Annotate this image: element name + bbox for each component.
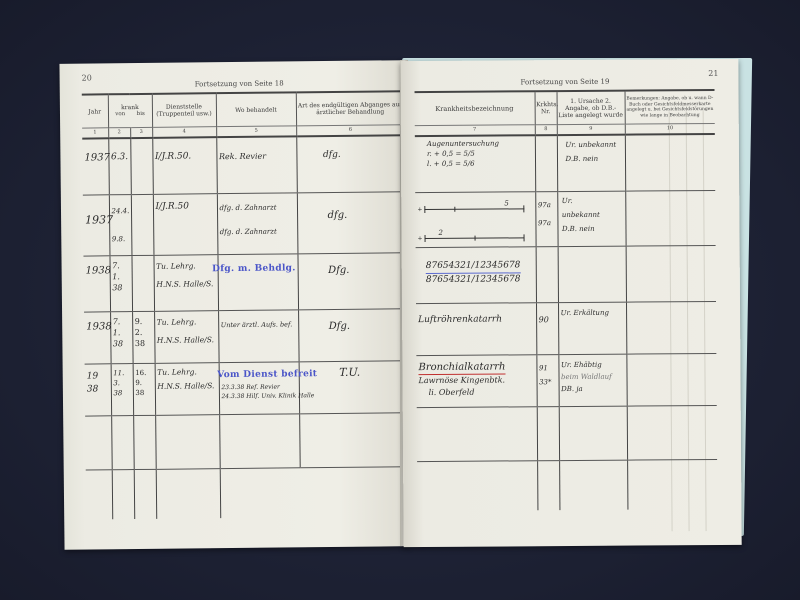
table-row bbox=[85, 412, 408, 469]
continuation-note-right: Fortsetzung von Seite 19 bbox=[520, 78, 609, 87]
cell-treated: Unter ärztl. Aufs. bef. bbox=[218, 309, 299, 362]
cell-code bbox=[535, 135, 557, 191]
cell-year: 1937 bbox=[82, 138, 109, 194]
page-number-left: 20 bbox=[82, 73, 92, 82]
cell-code bbox=[537, 406, 559, 460]
cell-to: 16.9.38 bbox=[133, 363, 156, 415]
cell-year: 1938 bbox=[84, 311, 111, 363]
cell-cause: Ur. Erkältung bbox=[558, 302, 626, 354]
col-index: 3 bbox=[130, 127, 152, 138]
cell-discharge: T.U. bbox=[299, 360, 408, 413]
cell-diagnosis: BronchialkatarrhLawrnöse Kingenbtk.li. O… bbox=[416, 354, 536, 407]
cell-year: 1938 bbox=[85, 363, 112, 415]
cell-remarks bbox=[626, 245, 716, 302]
table-row: 87654321/1234567887654321/12345678 bbox=[416, 245, 716, 303]
cell-cause bbox=[558, 246, 626, 302]
cell-unit: Tu. Lehrg.H.N.S. Halle/S. bbox=[155, 362, 220, 415]
cell-unit: Tu. Lehrg.H.N.S. Halle/S. bbox=[153, 254, 218, 311]
right-page: Fortsetzung von Seite 19 21 Krankheitsbe… bbox=[400, 59, 741, 547]
cell-discharge: Dfg. bbox=[297, 252, 406, 309]
header-year: Jahr bbox=[82, 94, 108, 128]
table-row: 1937 6.3. I/J.R.50. Rek. Revier dfg. bbox=[82, 135, 405, 194]
header-remarks: Bemerkungen: Angabe, ob u. wann D-Buch o… bbox=[625, 90, 715, 124]
cell-diagnosis: +5 +2 bbox=[415, 191, 535, 247]
cell-code: 90 bbox=[536, 302, 558, 354]
table-row: BronchialkatarrhLawrnöse Kingenbtk.li. O… bbox=[416, 353, 716, 407]
cell-unit bbox=[155, 414, 220, 469]
header-from: von bbox=[115, 111, 125, 118]
cell-remarks bbox=[626, 353, 716, 406]
cell-from: 6.3. bbox=[108, 138, 131, 194]
cell-from: 7.1.38 bbox=[109, 255, 132, 311]
header-unit: Dienststelle (Truppenteil usw.) bbox=[152, 93, 216, 127]
table-row: 1937 24.4.9.8. I/J.R.50 dfg. d. Zahnarzt… bbox=[83, 191, 406, 255]
cell-unit: I/J.R.50 bbox=[153, 193, 218, 255]
col-index: 1 bbox=[82, 128, 108, 139]
left-record-table: Jahr krank vonbis Dienststelle (Truppent… bbox=[82, 90, 408, 519]
cell-diagnosis: Luftröhrenkatarrh bbox=[416, 302, 536, 355]
header-discharge: Art des endgültigen Abganges aus ärztlic… bbox=[296, 91, 404, 126]
left-page: 20 Fortsetzung von Seite 18 Jahr krank v… bbox=[59, 60, 408, 550]
cell-treated bbox=[219, 413, 300, 468]
cell-to bbox=[130, 138, 153, 194]
cell-discharge: Dfg. bbox=[298, 308, 407, 361]
col-index: 8 bbox=[535, 125, 557, 136]
cell-remarks bbox=[625, 134, 715, 191]
cell-from: 11.3.38 bbox=[111, 363, 134, 415]
cell-year: 1938 bbox=[83, 255, 110, 311]
header-treated-where: Wo behandelt bbox=[216, 92, 296, 126]
cell-year: 1937 bbox=[83, 194, 110, 255]
cell-treated: Dfg. m. Behdlg. bbox=[217, 253, 298, 310]
cell-from: 7.1.38 bbox=[110, 311, 133, 363]
cell-year bbox=[85, 415, 112, 469]
table-row bbox=[417, 459, 717, 511]
cell-from: 24.4.9.8. bbox=[109, 194, 132, 255]
cell-cause bbox=[559, 406, 627, 460]
cell-diagnosis bbox=[417, 406, 537, 461]
cell-cause: Ur. unbekanntD.B. nein bbox=[557, 135, 625, 191]
table-row: 1938 7.1.38 Tu. Lehrg.H.N.S. Halle/S. Df… bbox=[83, 252, 406, 311]
table-row: 1938 11.3.38 16.9.38 Tu. Lehrg.H.N.S. Ha… bbox=[85, 360, 408, 415]
header-sick: krank vonbis bbox=[108, 94, 152, 128]
cell-remarks bbox=[627, 405, 717, 460]
col-index: 4 bbox=[152, 127, 216, 138]
stamp-code-1: 87654321/12345678 bbox=[426, 259, 521, 274]
cell-discharge: dfg. bbox=[296, 135, 405, 192]
cell-discharge bbox=[299, 412, 408, 467]
stamp-code-2: 87654321/12345678 bbox=[426, 273, 534, 287]
table-row: +5 +2 97a97a Ur.unbekanntD.B. nein bbox=[415, 190, 715, 247]
cell-discharge: dfg. bbox=[297, 191, 406, 253]
cell-unit: I/J.R.50. bbox=[152, 137, 217, 194]
header-code: Krkhts. Nr. bbox=[535, 91, 557, 125]
col-index: 10 bbox=[625, 123, 715, 134]
cell-remarks bbox=[625, 190, 715, 246]
cell-to bbox=[131, 194, 154, 255]
cell-to bbox=[133, 415, 156, 469]
table-row: 1938 7.1.38 9.2.38 Tu. Lehrg.H.N.S. Hall… bbox=[84, 308, 407, 363]
table-row bbox=[417, 405, 717, 461]
table-row: Augenuntersuchungr. + 0,5 = 5/5l. + 0,5 … bbox=[415, 134, 715, 192]
visual-field-sketch-1: +5 bbox=[417, 202, 533, 216]
visual-field-sketch-2: +2 bbox=[417, 231, 533, 245]
stamp-duty-fit: Dfg. m. Behdlg. bbox=[212, 262, 296, 276]
col-index: 2 bbox=[108, 128, 130, 139]
cell-diagnosis: 87654321/1234567887654321/12345678 bbox=[416, 246, 536, 303]
cell-to: 9.2.38 bbox=[132, 311, 155, 363]
continuation-note-left: Fortsetzung von Seite 18 bbox=[195, 79, 284, 88]
table-row bbox=[86, 466, 409, 519]
page-number-right: 21 bbox=[708, 69, 718, 78]
cell-code bbox=[536, 246, 558, 302]
cell-treated: Vom Dienst befreit 23.3.38 Ref. Revier 2… bbox=[219, 361, 300, 414]
cell-code: 97a97a bbox=[535, 191, 557, 246]
right-record-table: Krankheitsbezeichnung Krkhts. Nr. 1. Urs… bbox=[415, 89, 718, 511]
col-index: 9 bbox=[557, 124, 625, 135]
cell-diagnosis: Augenuntersuchungr. + 0,5 = 5/5l. + 0,5 … bbox=[415, 135, 535, 192]
cell-cause: Ur. Ehäbtigbeim WaldlaufDB. ja bbox=[558, 354, 626, 406]
cell-from bbox=[111, 415, 134, 469]
header-to: bis bbox=[137, 111, 145, 118]
cell-treated: dfg. d. Zahnarztdfg. d. Zahnarzt bbox=[217, 192, 298, 254]
cell-to bbox=[131, 255, 154, 311]
cell-treated: Rek. Revier bbox=[216, 136, 297, 193]
cell-remarks bbox=[626, 301, 716, 354]
header-cause: 1. Ursache 2. Angabe, ob D.B.-Liste ange… bbox=[557, 91, 625, 125]
header-diagnosis: Krankheitsbezeichnung bbox=[415, 91, 535, 125]
cell-cause: Ur.unbekanntD.B. nein bbox=[557, 191, 625, 246]
cell-unit: Tu. Lehrg.H.N.S. Halle/S. bbox=[154, 310, 219, 363]
table-row: Luftröhrenkatarrh 90 Ur. Erkältung bbox=[416, 301, 716, 355]
cell-code: 9133* bbox=[536, 354, 558, 406]
